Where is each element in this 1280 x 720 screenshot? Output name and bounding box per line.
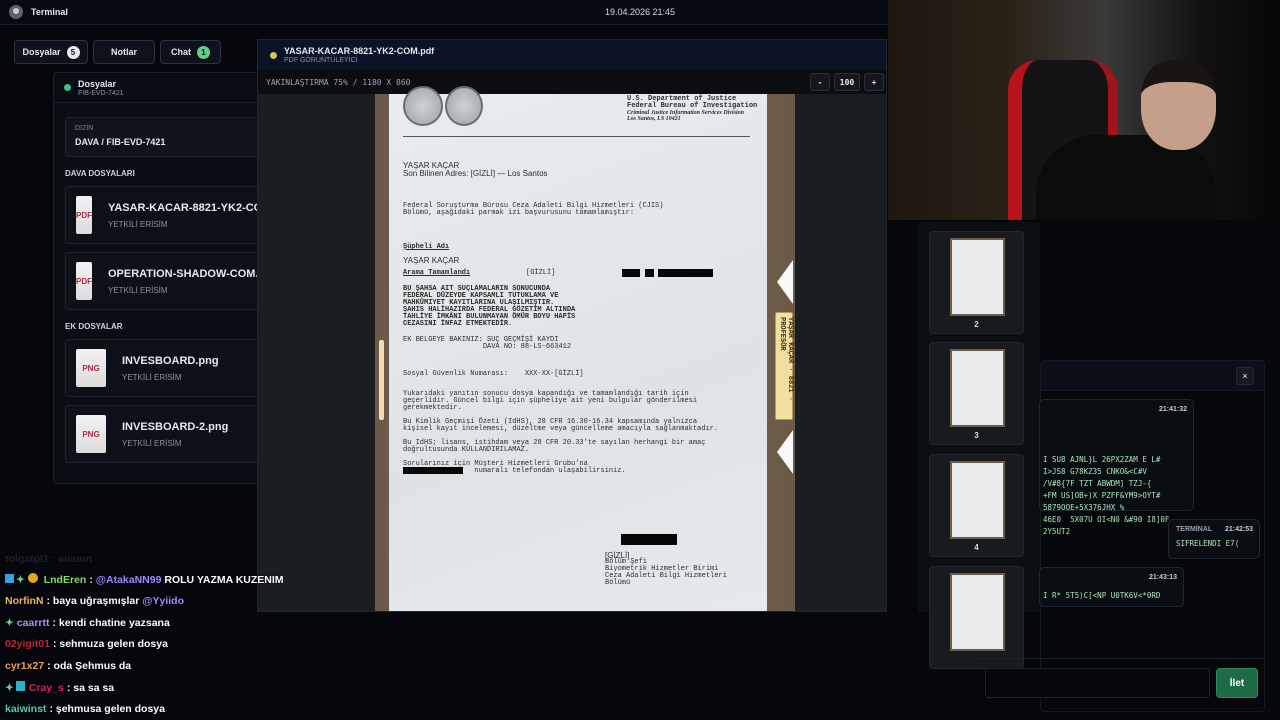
panel-title: Dosyalar [78, 79, 124, 89]
chat-line: ✦ LndEren: @AtakaNN99 ROLU YAZMA KUZENIM [5, 573, 284, 586]
paragraph: Bu IdHS; lisans, istihdam veya 28 CFR 20… [403, 440, 705, 454]
redaction-bar [645, 269, 654, 277]
chat-message: TERMİNAL 21:42:53 SIFRELENDI E7( [1168, 519, 1260, 559]
message-time: 21:41:32 [1159, 404, 1187, 416]
directory-box: DİZİN DAVA / FIB-EVD-7421 [65, 117, 263, 157]
chat-message: 21:41:32 I SU8 AJNL}L 26PX2ZAM E L# I>JS… [1039, 399, 1194, 511]
terminal-chat-panel: × 21:41:32 I SU8 AJNL}L 26PX2ZAM E L# I>… [1040, 360, 1265, 712]
message-input[interactable] [985, 668, 1210, 698]
message-text: SIFRELENDI E7( [1176, 538, 1259, 550]
panel-subtitle: FIB-EVD-7421 [78, 90, 124, 97]
reference-text: EK BELGEYE BAKINIZ: SUÇ GEÇMİŞİ KAYDI DA… [403, 337, 571, 351]
thumbnail-image [950, 461, 1005, 539]
chat-line: 02yigit01: sehmuza gelen dosya [5, 638, 168, 650]
file-name: YASAR-KACAR-8821-YK2-COM.pdf [108, 202, 263, 214]
tab-chat[interactable]: Chat 1 [160, 40, 221, 64]
count-badge: 5 [67, 46, 80, 59]
file-access: YETKİLİ ERİSİM [122, 373, 219, 382]
person-head [1141, 60, 1216, 150]
sparkle-badge-icon: ✦ [16, 574, 25, 586]
redaction-bar [403, 467, 463, 474]
thumbnail-image [950, 238, 1005, 316]
pdf-viewer-window: YASAR-KACAR-8821-YK2-COM.pdf PDF GÖRÜNTÜ… [257, 39, 887, 612]
file-access: YETKİLİ ERİSİM [122, 439, 228, 448]
terminal-chat-header [1041, 361, 1264, 391]
paragraph: Bu Kimlik Geçmişi Özeti (IdHS), 28 CFR 1… [403, 419, 718, 433]
tab-label: Chat [171, 47, 191, 57]
clock: 19.04.2026 21:45 [605, 7, 675, 17]
gift-badge-icon [28, 573, 38, 583]
webcam-overlay [888, 0, 1280, 220]
zoom-out-button[interactable]: - [810, 73, 830, 91]
redaction-bar [621, 534, 677, 545]
status-dot [64, 84, 71, 91]
intro-text: Federal Soruşturma Bürosu Ceza Adaleti B… [403, 203, 663, 217]
section-case-files: DAVA DOSYALARI [65, 169, 262, 178]
viewer-filename: YASAR-KACAR-8821-YK2-COM.pdf [284, 46, 434, 56]
tab-notlar[interactable]: Notlar [93, 40, 155, 64]
redaction-bar [658, 269, 713, 277]
pdf-file-icon: PDF [76, 262, 92, 300]
app-logo-icon [9, 5, 23, 19]
sparkle-badge-icon: ✦ [5, 682, 14, 694]
page-thumbnail[interactable]: 4 [929, 454, 1024, 557]
file-name: INVESBOARD.png [122, 355, 219, 367]
suspect-label: Şüpheli Adı [403, 244, 449, 251]
pdf-file-icon: PDF [76, 196, 92, 234]
folder-tab-label: YAŞAR KAÇAR · 8821 · PROFESÖR [775, 312, 793, 420]
tab-label: Dosyalar [22, 47, 60, 57]
files-panel-header: Dosyalar FIB-EVD-7421 [54, 73, 262, 103]
file-name: OPERATION-SHADOW-COM.pdf [108, 268, 263, 280]
message-time: 21:42:53 [1225, 524, 1253, 536]
recipient-address: Son Bilinen Adres: [GİZLİ] — Los Santos [403, 169, 548, 178]
png-file-icon: PNG [76, 349, 106, 387]
page-number: 3 [930, 431, 1023, 440]
section-extra-files: EK DOSYALAR [65, 322, 262, 331]
paragraph: Yukarıdaki yanıtın sonucu dosya kapandığ… [403, 391, 697, 412]
folder-divider [777, 260, 793, 304]
zoom-info: YAKINLAŞTIRMA 75% / 1180 X 860 [266, 78, 411, 87]
tab-label: Notlar [111, 47, 137, 57]
chat-line: NorfinN: baya uğraşmışlar @Yyiido [5, 595, 184, 607]
agency-line: Los Santos, LS 10421 [627, 116, 681, 123]
count-badge: 1 [197, 46, 210, 59]
directory-label: DİZİN [75, 125, 263, 132]
suspect-name: YAŞAR KAÇAR [403, 256, 459, 265]
chat-line: ✦caarrtt: kendi chatine yazsana [5, 617, 170, 629]
chat-line: cyr1x27: oda Şehmus da [5, 660, 131, 672]
page-thumbnail[interactable]: 3 [929, 342, 1024, 445]
search-label: Arama Tamamlandı [403, 270, 470, 277]
page-thumbnail[interactable]: 2 [929, 231, 1024, 334]
ssn-text: Sosyal Güvenlik Numarası: XXX-XX-[GİZLİ] [403, 371, 584, 378]
tab-dosyalar[interactable]: Dosyalar 5 [14, 40, 88, 64]
file-access: YETKİLİ ERİSİM [108, 220, 263, 229]
directory-path: DAVA / FIB-EVD-7421 [75, 137, 263, 147]
zoom-in-button[interactable]: + [864, 73, 884, 91]
chat-line: tolgatpl1: ananın [5, 553, 92, 565]
stream-chat-overlay: tolgatpl1: ananın ✦ LndEren: @AtakaNN99 … [0, 550, 330, 720]
divider [975, 658, 1265, 659]
chat-line: kaiwinst: şehmusa gelen dosya [5, 703, 165, 715]
divider [403, 136, 750, 137]
zoom-level[interactable]: 100 [834, 73, 860, 91]
png-file-icon: PNG [76, 415, 106, 453]
chat-line: ✦Cray_s: sa sa sa [5, 681, 114, 694]
agency-line: Federal Bureau of Investigation [627, 103, 757, 110]
pdf-page: U.S. Department of Justice Federal Burea… [389, 94, 767, 612]
page-number: 2 [930, 320, 1023, 329]
file-item[interactable]: PNG INVESBOARD.png YETKİLİ ERİSİM [65, 339, 263, 397]
file-item[interactable]: PDF OPERATION-SHADOW-COM.pdf YETKİLİ ERİ… [65, 252, 263, 310]
moderator-badge-icon [5, 574, 14, 583]
close-button[interactable]: × [1236, 367, 1254, 385]
message-text: I R* 5T5)C[<NP U0TK6V<*0RD [1043, 590, 1183, 602]
message-sender: TERMİNAL [1176, 524, 1212, 536]
zoom-toolbar: YAKINLAŞTIRMA 75% / 1180 X 860 - 100 + [258, 70, 886, 94]
redaction-bar [622, 269, 640, 277]
folder-divider [777, 430, 793, 474]
file-access: YETKİLİ ERİSİM [108, 286, 263, 295]
thumbnail-image [950, 349, 1005, 427]
file-name: INVESBOARD-2.png [122, 421, 228, 433]
message-time: 21:43:13 [1149, 572, 1177, 584]
status-dot [270, 52, 277, 59]
send-button[interactable]: İlet [1216, 668, 1258, 698]
chat-message: 21:43:13 I R* 5T5)C[<NP U0TK6V<*0RD [1039, 567, 1184, 607]
doj-seal-icon [403, 86, 443, 126]
viewer-header: YASAR-KACAR-8821-YK2-COM.pdf PDF GÖRÜNTÜ… [258, 40, 886, 70]
app-title: Terminal [31, 7, 68, 17]
page-thumbnail[interactable] [929, 566, 1024, 669]
page-number: 4 [930, 543, 1023, 552]
fbi-seal-icon [445, 86, 483, 126]
binder-clip [379, 340, 384, 420]
file-item[interactable]: PDF YASAR-KACAR-8821-YK2-COM.pdf YETKİLİ… [65, 186, 263, 244]
thumbnail-image [950, 573, 1005, 651]
search-value: [GİZLİ] [526, 270, 555, 277]
thumbnail-strip: 2 3 4 [918, 222, 1040, 612]
file-item[interactable]: PNG INVESBOARD-2.png YETKİLİ ERİSİM [65, 405, 263, 463]
pixel-badge-icon [16, 681, 25, 691]
top-bar: Terminal 19.04.2026 21:45 [0, 0, 890, 25]
viewer-subtitle: PDF GÖRÜNTÜLEYİCİ [284, 57, 434, 64]
verdict-text: BU ŞAHSA AIT SUÇLAMALARIN SONUCUNDA FEDE… [403, 286, 575, 328]
sparkle-badge-icon: ✦ [5, 617, 14, 629]
signer-title: Bölüm Şefi Biyometrik Hizmetler Birimi C… [605, 559, 727, 587]
files-panel: Dosyalar FIB-EVD-7421 DİZİN DAVA / FIB-E… [53, 72, 263, 484]
